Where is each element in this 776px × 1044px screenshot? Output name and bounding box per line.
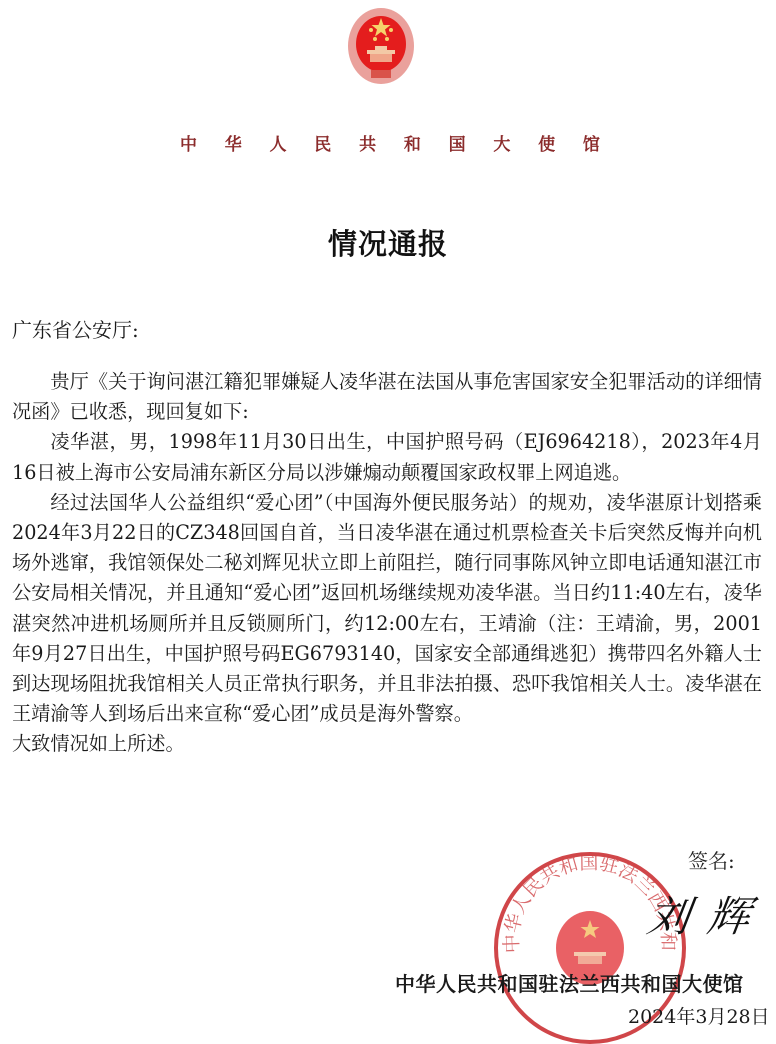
- signature-label: 签名:: [688, 845, 735, 874]
- paragraph-incident: 经过法国华人公益组织“爱心团”（中国海外便民服务站）的规劝，凌华湛原计划搭乘20…: [12, 488, 762, 730]
- letterhead-char: 中: [180, 130, 197, 155]
- paragraph-subject-info: 凌华湛，男，1998年11月30日出生，中国护照号码（EJ6964218），20…: [12, 427, 762, 487]
- letterhead-char: 和: [404, 130, 421, 155]
- letterhead-char: 馆: [583, 130, 600, 155]
- salutation: 广东省公安厅:: [12, 314, 139, 343]
- national-emblem-icon: [345, 6, 417, 90]
- letterhead-char: 大: [493, 130, 510, 155]
- letterhead-char: 民: [314, 130, 331, 155]
- letterhead-embassy-name: 中 华 人 民 共 和 国 大 使 馆: [180, 130, 600, 155]
- letterhead-char: 人: [270, 130, 287, 155]
- paragraph-reply: 贵厅《关于询问湛江籍犯罪嫌疑人凌华湛在法国从事危害国家安全犯罪活动的详细情况函》…: [12, 367, 762, 427]
- document-title: 情况通报: [0, 222, 776, 263]
- letterhead-char: 国: [449, 130, 466, 155]
- letterhead-char: 华: [225, 130, 242, 155]
- paragraph-closing: 大致情况如上所述。: [12, 729, 762, 759]
- issuing-organization: 中华人民共和国驻法兰西共和国大使馆: [395, 968, 744, 997]
- handwritten-signature: 刘辉: [644, 884, 772, 944]
- issue-date: 2024年3月28日: [628, 1002, 770, 1029]
- letterhead-char: 共: [359, 130, 376, 155]
- letterhead-char: 使: [538, 130, 555, 155]
- document-body: 贵厅《关于询问湛江籍犯罪嫌疑人凌华湛在法国从事危害国家安全犯罪活动的详细情况函》…: [12, 367, 762, 760]
